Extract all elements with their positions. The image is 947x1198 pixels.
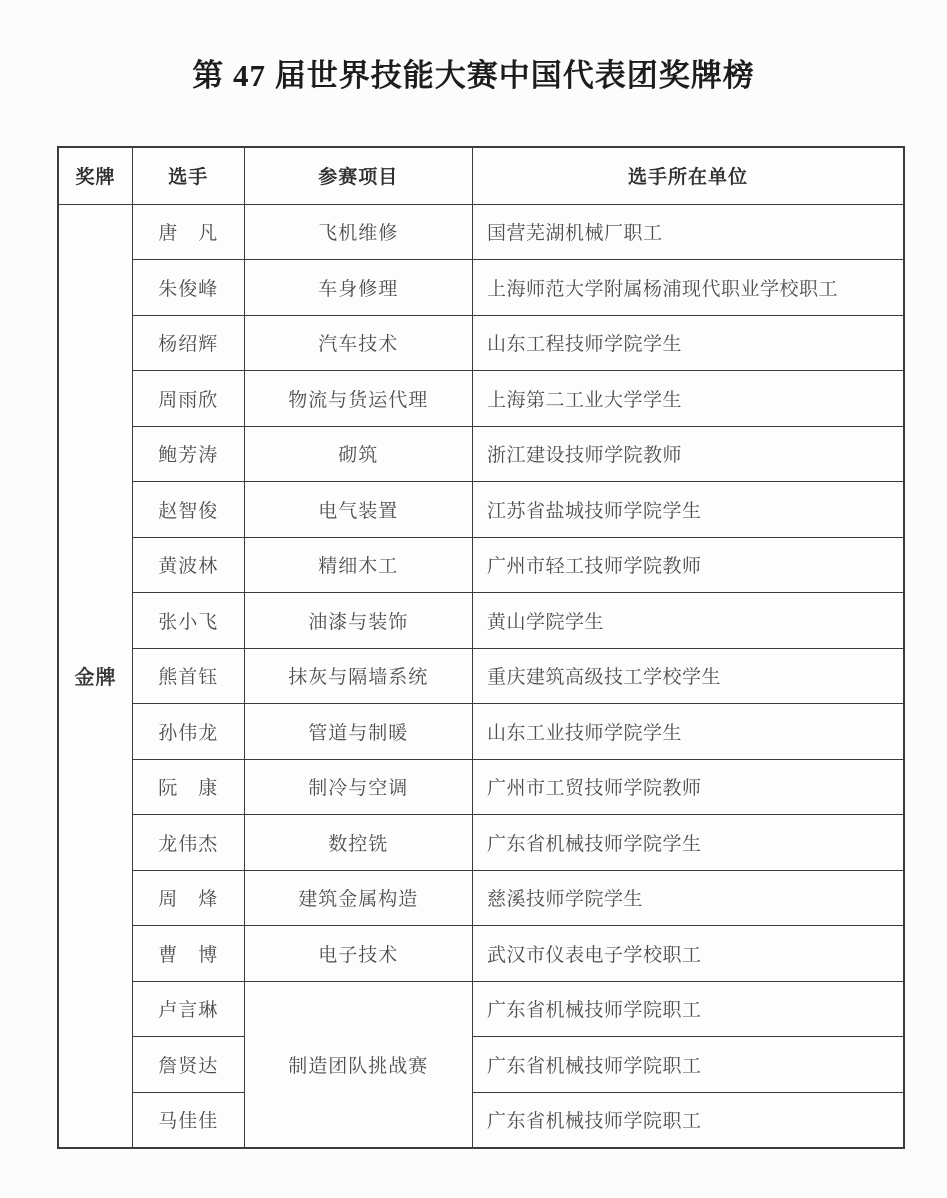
event-cell: 油漆与装饰 <box>244 593 472 649</box>
organization-cell: 山东工业技师学院学生 <box>473 704 904 760</box>
competitor-cell: 阮 康 <box>132 759 244 815</box>
col-header-competitor: 选手 <box>132 147 244 204</box>
table-row: 赵智俊电气装置江苏省盐城技师学院学生 <box>58 482 904 538</box>
competitor-cell: 熊首钰 <box>132 648 244 704</box>
table-row: 卢言琳制造团队挑战赛广东省机械技师学院职工 <box>58 981 904 1037</box>
document-page: 第 47 届世界技能大赛中国代表团奖牌榜 奖牌 选手 参赛项目 选手所在单位 金… <box>0 0 947 1198</box>
organization-cell: 广州市轻工技师学院教师 <box>473 537 904 593</box>
organization-cell: 国营芜湖机械厂职工 <box>473 204 904 260</box>
table-row: 周雨欣物流与货运代理上海第二工业大学学生 <box>58 371 904 427</box>
competitor-cell: 杨绍辉 <box>132 315 244 371</box>
event-cell: 电气装置 <box>244 482 472 538</box>
event-cell: 飞机维修 <box>244 204 472 260</box>
competitor-cell: 鲍芳涛 <box>132 426 244 482</box>
table-row: 詹贤达广东省机械技师学院职工 <box>58 1037 904 1093</box>
organization-cell: 江苏省盐城技师学院学生 <box>473 482 904 538</box>
organization-cell: 浙江建设技师学院教师 <box>473 426 904 482</box>
organization-cell: 广州市工贸技师学院教师 <box>473 759 904 815</box>
table-row: 黄波林精细木工广州市轻工技师学院教师 <box>58 537 904 593</box>
table-row: 金牌唐 凡飞机维修国营芜湖机械厂职工 <box>58 204 904 260</box>
organization-cell: 广东省机械技师学院职工 <box>473 981 904 1037</box>
table-row: 龙伟杰数控铣广东省机械技师学院学生 <box>58 815 904 871</box>
table-row: 鲍芳涛砌筑浙江建设技师学院教师 <box>58 426 904 482</box>
competitor-cell: 黄波林 <box>132 537 244 593</box>
competitor-cell: 朱俊峰 <box>132 260 244 316</box>
event-cell: 制冷与空调 <box>244 759 472 815</box>
organization-cell: 重庆建筑高级技工学校学生 <box>473 648 904 704</box>
event-cell: 抹灰与隔墙系统 <box>244 648 472 704</box>
competitor-cell: 马佳佳 <box>132 1092 244 1148</box>
competitor-cell: 詹贤达 <box>132 1037 244 1093</box>
table-row: 熊首钰抹灰与隔墙系统重庆建筑高级技工学校学生 <box>58 648 904 704</box>
table-row: 曹 博电子技术武汉市仪表电子学校职工 <box>58 926 904 982</box>
col-header-organization: 选手所在单位 <box>473 147 904 204</box>
competitor-cell: 周 烽 <box>132 870 244 926</box>
competitor-cell: 周雨欣 <box>132 371 244 427</box>
organization-cell: 黄山学院学生 <box>473 593 904 649</box>
event-cell: 精细木工 <box>244 537 472 593</box>
organization-cell: 上海第二工业大学学生 <box>473 371 904 427</box>
event-cell: 车身修理 <box>244 260 472 316</box>
organization-cell: 广东省机械技师学院职工 <box>473 1092 904 1148</box>
col-header-event: 参赛项目 <box>244 147 472 204</box>
competitor-cell: 龙伟杰 <box>132 815 244 871</box>
organization-cell: 广东省机械技师学院学生 <box>473 815 904 871</box>
table-row: 马佳佳广东省机械技师学院职工 <box>58 1092 904 1148</box>
table-row: 朱俊峰车身修理上海师范大学附属杨浦现代职业学校职工 <box>58 260 904 316</box>
event-cell: 汽车技术 <box>244 315 472 371</box>
table-header-row: 奖牌 选手 参赛项目 选手所在单位 <box>58 147 904 204</box>
competitor-cell: 张小飞 <box>132 593 244 649</box>
table-row: 阮 康制冷与空调广州市工贸技师学院教师 <box>58 759 904 815</box>
competitor-cell: 唐 凡 <box>132 204 244 260</box>
event-cell: 砌筑 <box>244 426 472 482</box>
organization-cell: 广东省机械技师学院职工 <box>473 1037 904 1093</box>
competitor-cell: 孙伟龙 <box>132 704 244 760</box>
organization-cell: 武汉市仪表电子学校职工 <box>473 926 904 982</box>
event-cell: 制造团队挑战赛 <box>244 981 472 1148</box>
competitor-cell: 曹 博 <box>132 926 244 982</box>
table-row: 张小飞油漆与装饰黄山学院学生 <box>58 593 904 649</box>
organization-cell: 上海师范大学附属杨浦现代职业学校职工 <box>473 260 904 316</box>
table-row: 孙伟龙管道与制暖山东工业技师学院学生 <box>58 704 904 760</box>
event-cell: 建筑金属构造 <box>244 870 472 926</box>
medal-cell: 金牌 <box>58 204 132 1148</box>
page-title: 第 47 届世界技能大赛中国代表团奖牌榜 <box>0 0 947 95</box>
competitor-cell: 卢言琳 <box>132 981 244 1037</box>
table-row: 杨绍辉汽车技术山东工程技师学院学生 <box>58 315 904 371</box>
table-body: 金牌唐 凡飞机维修国营芜湖机械厂职工朱俊峰车身修理上海师范大学附属杨浦现代职业学… <box>58 204 904 1148</box>
organization-cell: 慈溪技师学院学生 <box>473 870 904 926</box>
event-cell: 管道与制暖 <box>244 704 472 760</box>
competitor-cell: 赵智俊 <box>132 482 244 538</box>
event-cell: 数控铣 <box>244 815 472 871</box>
col-header-medal: 奖牌 <box>58 147 132 204</box>
table-row: 周 烽建筑金属构造慈溪技师学院学生 <box>58 870 904 926</box>
organization-cell: 山东工程技师学院学生 <box>473 315 904 371</box>
event-cell: 物流与货运代理 <box>244 371 472 427</box>
event-cell: 电子技术 <box>244 926 472 982</box>
medal-table: 奖牌 选手 参赛项目 选手所在单位 金牌唐 凡飞机维修国营芜湖机械厂职工朱俊峰车… <box>57 146 905 1149</box>
